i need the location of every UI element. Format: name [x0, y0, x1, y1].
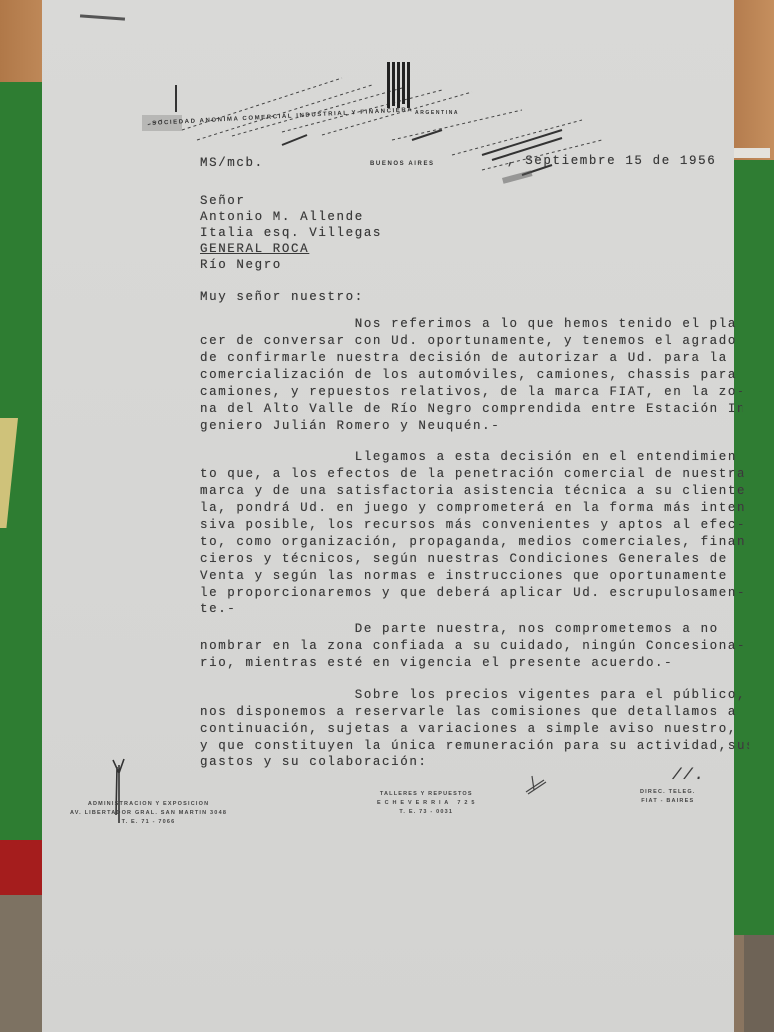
reference-code: MS/mcb.	[200, 156, 264, 171]
paragraph-line: geniero Julián Romero y Neuquén.-	[200, 419, 500, 434]
recipient-name: Antonio M. Allende	[200, 210, 364, 225]
letterhead-fragment-icon	[522, 772, 552, 798]
paragraph-line: na del Alto Valle de Río Negro comprendi…	[200, 402, 746, 417]
page-continuation-mark: //.	[672, 768, 706, 783]
paragraph-line: y que constituyen la única remuneración …	[200, 739, 755, 754]
greeting: Muy señor nuestro:	[200, 290, 364, 305]
paragraph-line: siva posible, los recursos más convenien…	[200, 518, 746, 533]
paragraph-line: cer de conversar con Ud. oportunamente, …	[200, 334, 737, 349]
paragraph-line: cieros y técnicos, según nuestras Condic…	[200, 552, 728, 567]
footer-administration: ADMINISTRACION Y EXPOSICION AV. LIBERTAD…	[70, 800, 227, 827]
paragraph-line: la, pondrá Ud. en juego y comprometerá e…	[200, 501, 746, 516]
background-red-folder	[0, 840, 48, 897]
recipient-street: Italia esq. Villegas	[200, 226, 382, 241]
paragraph-line: Llegamos a esta decisión en el entendimi…	[200, 450, 737, 465]
background-wood-left	[0, 0, 48, 85]
fiat-logo-icon	[387, 62, 410, 108]
background-wood-right	[729, 0, 774, 160]
paragraph-line: Nos referimos a lo que hemos tenido el p…	[200, 317, 737, 332]
recipient-city: GENERAL ROCA	[200, 242, 309, 257]
background-table-right	[744, 935, 774, 1032]
paragraph-line: to, como organización, propaganda, medio…	[200, 535, 746, 550]
paragraph-line: Venta y según las normas e instrucciones…	[200, 569, 728, 584]
paragraph-line: gastos y su colaboración:	[200, 755, 428, 770]
paragraph-line: rio, mientras esté en vigencia el presen…	[200, 656, 673, 671]
letterhead-city: BUENOS AIRES	[370, 161, 435, 167]
ink-smudge	[80, 14, 125, 20]
recipient-title: Señor	[200, 194, 246, 209]
paragraph-line: de confirmarle nuestra decisión de autor…	[200, 351, 728, 366]
paragraph-line: nombrar en la zona confiada a su cuidado…	[200, 639, 746, 654]
paragraph-line: comercialización de los automóviles, cam…	[200, 368, 737, 383]
paragraph-line: te.-	[200, 602, 236, 617]
footer-workshops: TALLERES Y REPUESTOS E C H E V E R R I A…	[377, 790, 476, 817]
paragraph-line: le proporcionaremos y que deberá aplicar…	[200, 586, 746, 601]
letter-date: , Septiembre 15 de 1956	[507, 154, 716, 169]
paragraph-line: De parte nuestra, nos comprometemos a no	[200, 622, 719, 637]
paragraph-line: continuación, sujetas a variaciones a si…	[200, 722, 737, 737]
background-table-left	[0, 895, 48, 1032]
paragraph-line: nos disponemos a reservarle las comision…	[200, 705, 737, 720]
paragraph-line: marca y de una satisfactoria asistencia …	[200, 484, 746, 499]
footer-telegraph: DIREC. TELEG. FIAT - BAIRES	[640, 788, 696, 806]
recipient-province: Río Negro	[200, 258, 282, 273]
paragraph-line: Sobre los precios vigentes para el públi…	[200, 688, 746, 703]
letterhead-country: ARGENTINA	[415, 110, 459, 116]
background-paper-tab	[734, 148, 770, 158]
letter-page: ARGENTINA SOCIEDAD ANONIMA COMERCIAL IND…	[42, 0, 734, 1032]
paragraph-line: camiones, y repuestos relativos, de la m…	[200, 385, 746, 400]
paragraph-line: to que, a los efectos de la penetración …	[200, 467, 746, 482]
